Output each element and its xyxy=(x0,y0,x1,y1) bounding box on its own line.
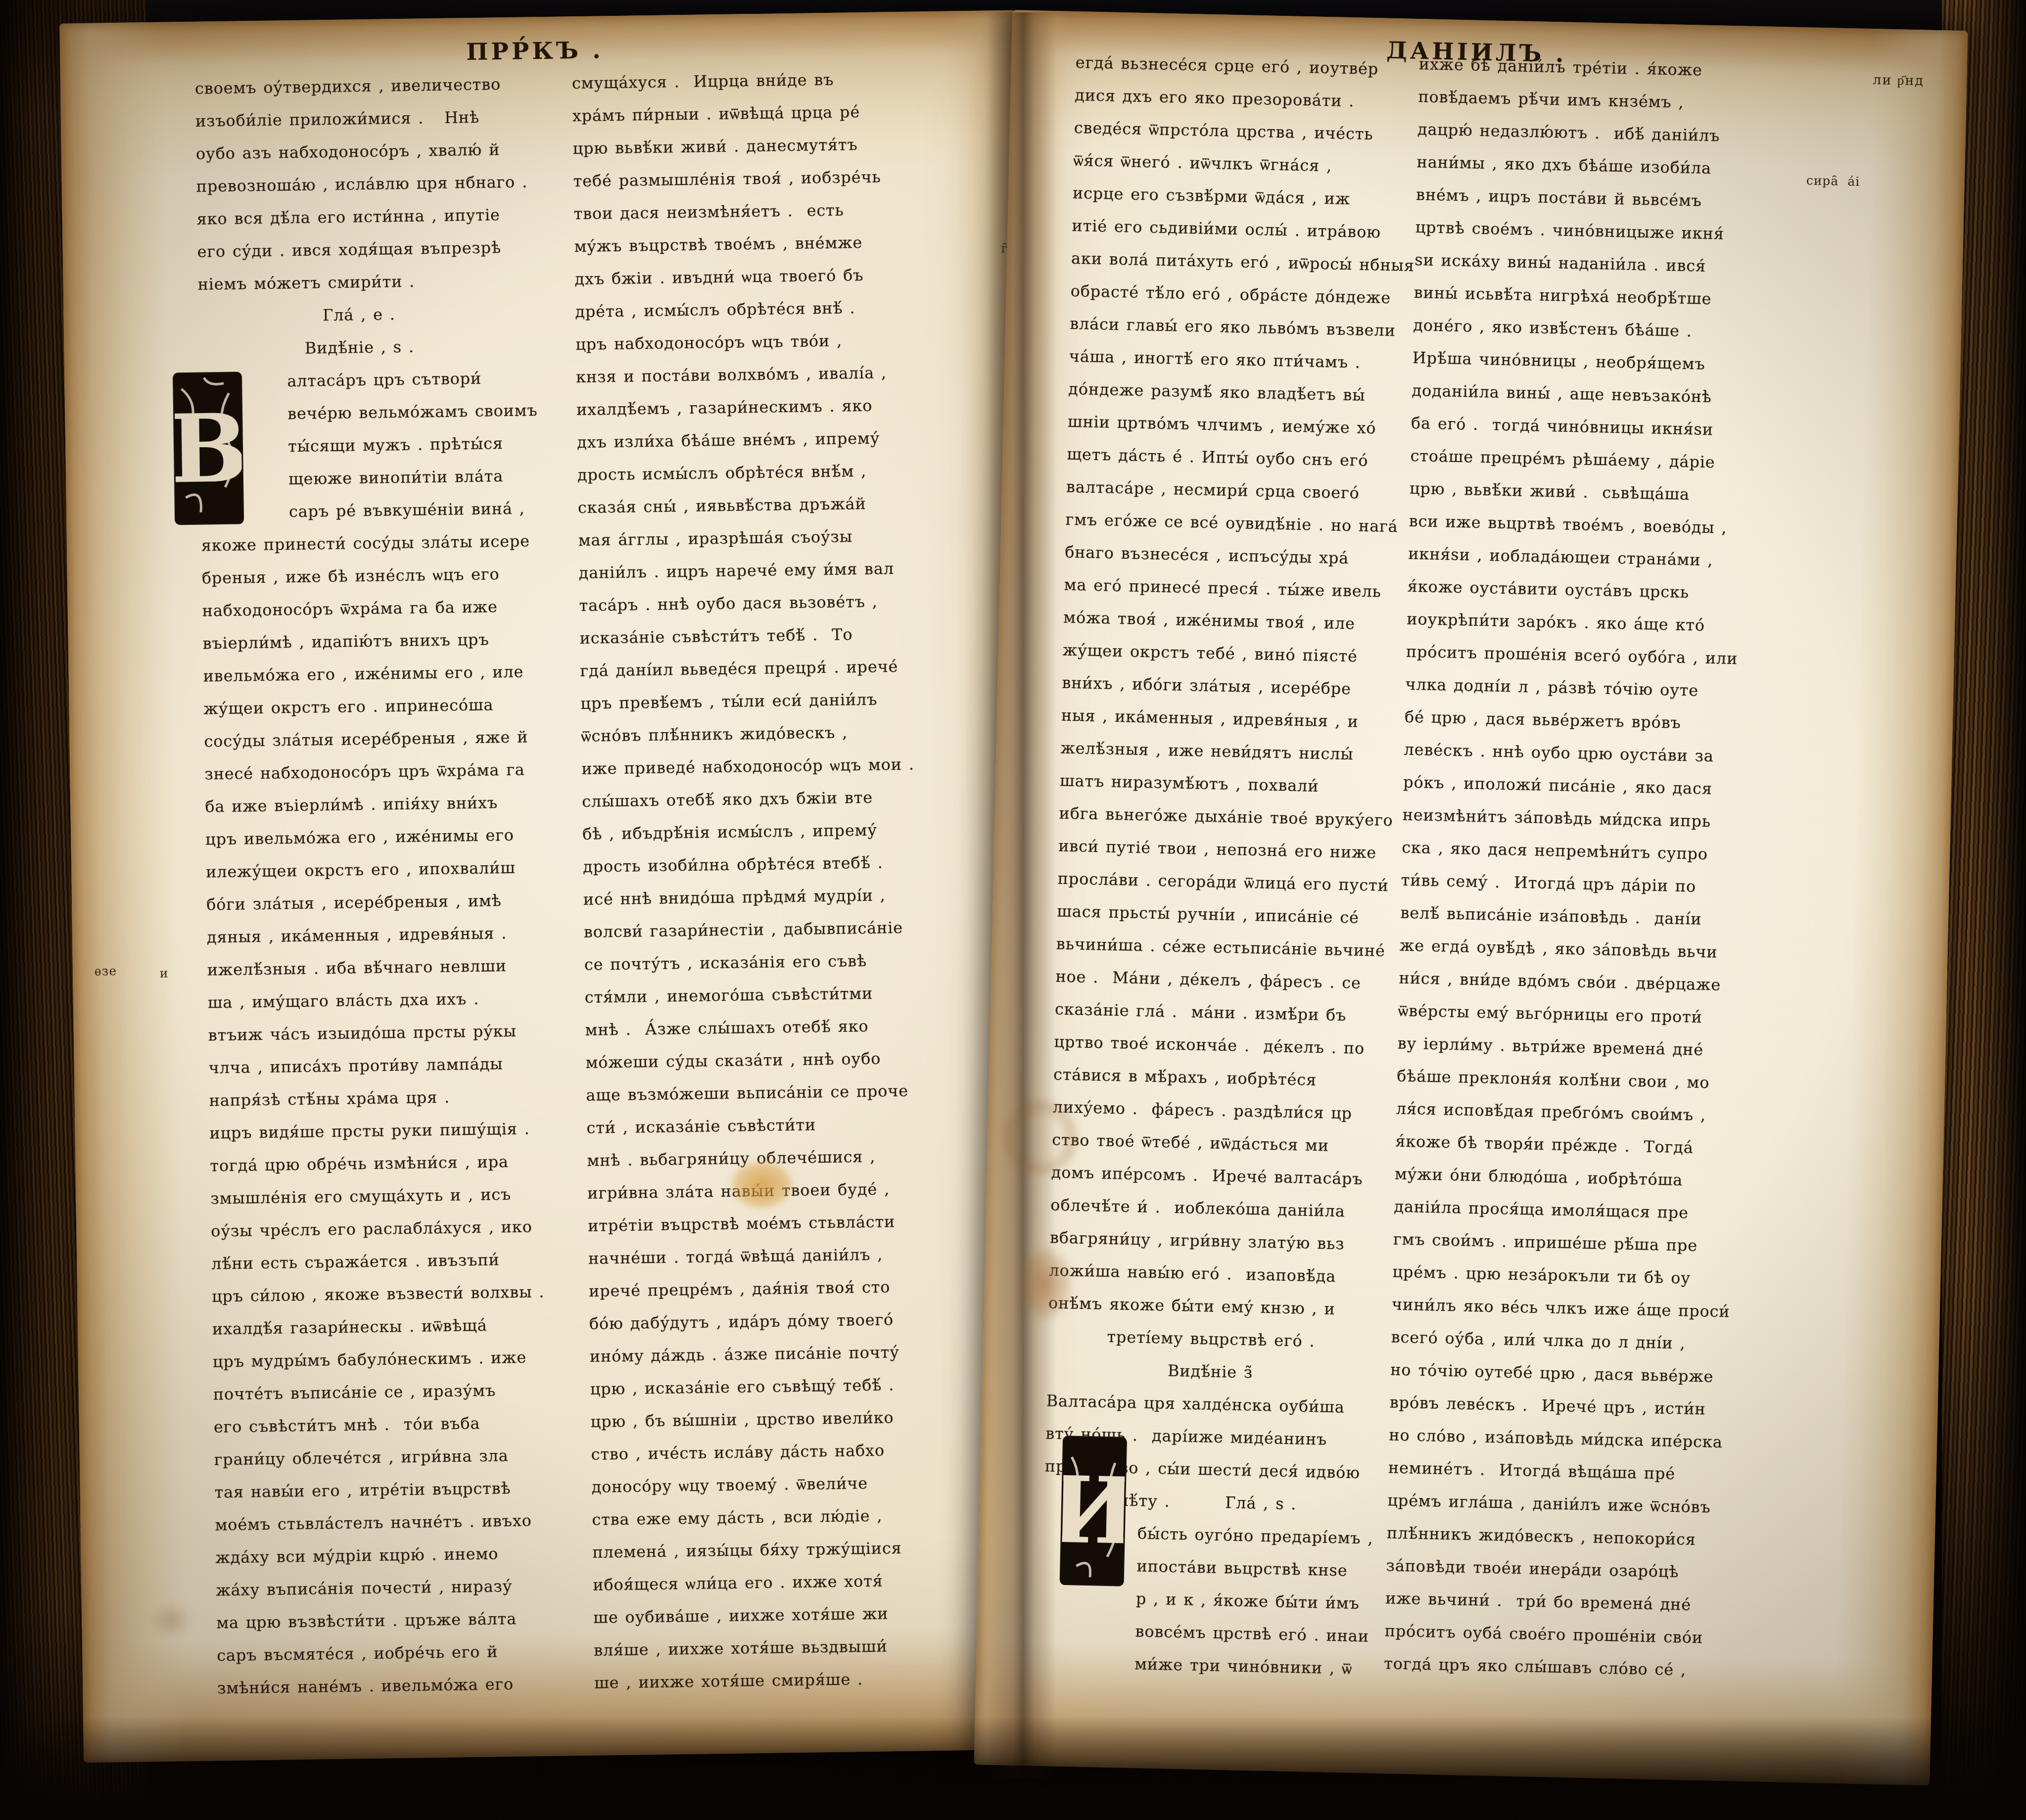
text-line: дрость исмы́слъ обрѣте́ся внѣ́м , xyxy=(577,454,906,491)
text-line: сказа́я сны́ , иявьвѣ́ства дръжа́й xyxy=(577,487,907,524)
text-line: ихалдѣ́емъ , газари́нескимъ . яко xyxy=(576,389,906,426)
text-line: волсви́ газари́нестіи , дабывписа́ніе xyxy=(583,911,913,948)
text-line: превозноша́ю , исла́влю цря нбнаго . xyxy=(196,166,518,203)
margin-note: и xyxy=(160,966,169,980)
text-line: ты́сящи мужъ . прѣты́ся xyxy=(200,427,522,464)
text-line: бо́ги зла́тыя , исере́бреныя , имѣ xyxy=(206,884,528,921)
folio-number: ли р҃нд xyxy=(1873,72,1925,89)
text-line: таса́ръ . ннѣ оубо дася вьзове́тъ , xyxy=(579,585,908,622)
text-line: ижелѣ́зныя . иба вѣ́чнаго невлши xyxy=(207,949,529,986)
text-line: гда́ дані́ил вьведе́ся прецря́ . ирече́ xyxy=(580,650,909,687)
text-line: Видѣ́ніе , ѕ . xyxy=(198,329,520,366)
text-line: цръ си́лою , якоже възвести́ волхвы . xyxy=(212,1275,534,1312)
text-line: почте́тъ въписа́ніе се , иразу́мъ xyxy=(213,1373,535,1410)
text-line: оубо азъ набходоносо́ръ , хвалю́ й xyxy=(195,133,518,170)
text-line: его су́ди . ився ходя́щая въпрезрѣ xyxy=(197,231,519,268)
margin-note: ѳзе xyxy=(94,964,117,979)
text-line: ства еже ему да́сть , вси лю́діе , xyxy=(592,1498,921,1536)
text-line: слы́шахъ отебѣ́ яко дхъ бжіи вте xyxy=(582,781,911,818)
text-line: црю , исказа́ніе его съвѣщу́ тебѣ́ . xyxy=(590,1368,919,1405)
text-line: дхъ бжіи . ивъдни́ ѡца твоего́ бъ xyxy=(574,258,904,295)
text-line: набходоносо́ръ ѿхра́ма га ба иже xyxy=(202,590,524,627)
text-line: ство , иче́сть исла́ву да́сть набхо xyxy=(591,1433,920,1470)
text-line: ихалдѣ́я газари́нескы . иѿвѣща́ xyxy=(212,1308,534,1345)
text-column: смуща́хуся . Ицрца вни́де въхра́мъ пи́рн… xyxy=(571,62,923,1699)
text-line: цръ мудры́мъ бабуло́нескимъ . иже xyxy=(212,1341,534,1378)
text-line: яко вся дѣ́ла его исти́нна , ипутіе xyxy=(196,198,518,235)
text-line: мо́жеши су́ды сказа́ти , ннѣ оубо xyxy=(585,1042,915,1079)
text-line: напря́зѣ стѣ́ны хра́ма цря . xyxy=(209,1079,531,1117)
text-line: ино́му да́ждь . а́зже писа́ніе почту́ xyxy=(589,1336,919,1373)
text-line: твои дася неизмѣня́етъ . есть xyxy=(573,193,903,230)
text-line: жу́щеи окрстъ его . ипринесо́ша xyxy=(203,688,525,725)
text-line: игри́вна зла́та навы́и твоеи буде́ , xyxy=(587,1172,917,1210)
text-line: мнѣ . А́зже слы́шахъ отебѣ́ яко xyxy=(585,1009,914,1046)
running-title-left: ПРР́КЪ . xyxy=(401,36,669,67)
text-column: ихже бѣ даніи́лъ тре́тіи . я́кожеповѣ́да… xyxy=(1384,47,1771,1687)
text-line: саръ ре́ въвкуше́ніи вина́ , xyxy=(200,492,522,529)
text-line: ше , иихже хотя́ше смиря́ше . xyxy=(594,1662,924,1699)
text-line: ивельмо́жа его , иже́нимы его , иле xyxy=(203,655,525,692)
text-line: исе́ ннѣ внидо́ша прѣдмя́ мудрі́и , xyxy=(583,879,912,916)
text-line: ѿсно́въ плѣ́нникъ жидо́вескъ , xyxy=(581,715,910,752)
text-line: тогда́ цръ яко слы́шавъ сло́во се́ , xyxy=(1384,1647,1736,1687)
text-line: алтаса́ръ цръ сътвори́ xyxy=(199,362,521,399)
text-line: оу́зы чре́слъ его раслабла́хуся , ико xyxy=(211,1210,533,1247)
svg-text:В: В xyxy=(174,393,242,504)
drop-cap-initial-v: В xyxy=(174,373,242,523)
text-line: саръ въсмяте́ся , иобре́чь его й xyxy=(217,1634,539,1672)
text-line: знесе́ набходоносо́ръ цръ ѿхра́ма га xyxy=(204,753,526,790)
text-line: своемъ оу́твердихся , ивеличество xyxy=(194,68,517,105)
text-line: тогда́ црю обре́чь измѣни́ся , ира xyxy=(210,1145,532,1182)
book-photograph: ПРР́КЪ . своемъ оу́твердихся , ивеличест… xyxy=(0,0,2026,1820)
text-line: цръ ивельмо́жа его , иже́нимы его xyxy=(205,818,527,855)
text-line: лѣ́ни есть съража́ется . ивъзъпи́ xyxy=(211,1243,533,1280)
text-line: въіерли́мѣ , идапію́тъ внихъ цръ xyxy=(202,622,524,659)
text-line: иже приведе́ набходоносо́р ѡцъ мои . xyxy=(581,748,911,785)
text-line: бѣ , ибъдрѣ́нія исмы́слъ , ипрему́ xyxy=(582,813,912,850)
text-line: ицръ видя́ше прсты руки пишу́щія . xyxy=(209,1112,531,1149)
text-line: змѣни́ся нане́мъ . ивельмо́жа его xyxy=(217,1667,539,1704)
text-line: кнзя и поста́ви волхво́мъ , ивалі́а , xyxy=(576,356,905,393)
text-line: сти́ , исказа́ніе съвѣсти́ти xyxy=(586,1107,916,1144)
text-column: своемъ оу́твердихся , ивеличествоизъоби́… xyxy=(194,68,539,1705)
text-line: ибоя́щеся ѡли́ца его . ихже хотя́ xyxy=(593,1564,922,1601)
text-line: доносо́ру ѡцу твоему́ . ѿвели́че xyxy=(591,1466,921,1503)
margin-note: г̑ xyxy=(1001,241,1008,256)
text-line: дрость изоби́лна обрѣте́ся втебѣ́ . xyxy=(583,846,912,883)
text-line: жа́ху въписа́нія почести́ , ниразу́ xyxy=(216,1569,538,1606)
text-line: црю , бъ вы́шніи , црство ивели́ко xyxy=(590,1400,920,1438)
text-line: стя́мли , инемого́ша съвѣсти́тми xyxy=(584,977,914,1014)
text-line: тебе́ размышле́нія твоя́ , иобзре́чь xyxy=(573,160,902,197)
text-line: дхъ изли́ха бѣа́ше вне́мъ , ипрему́ xyxy=(577,421,906,459)
text-line: якоже принести́ сосу́ды зла́ты исере xyxy=(201,525,523,562)
text-line: итре́тіи въцрствѣ мое́мъ стьвла́сти xyxy=(588,1205,917,1242)
text-line: исказа́ніе съвѣсти́тъ тебѣ́ . То xyxy=(579,617,909,654)
text-line: ша , иму́щаго вла́сть дха ихъ . xyxy=(207,981,529,1019)
text-line: ма црю възвѣсти́ти . цръже ва́лта xyxy=(216,1602,538,1639)
text-line: бреныя , иже бѣ изне́слъ ѡцъ его xyxy=(201,558,523,595)
text-line: смуща́хуся . Ицрца вни́де въ xyxy=(571,62,901,99)
text-line: мнѣ . вьбагряни́цу облече́шися , xyxy=(587,1140,916,1177)
text-line: щеюже винопи́тіи вла́та xyxy=(200,460,522,497)
text-line: цръ превѣ́емъ , ты́ли еси́ даніи́лъ xyxy=(580,683,910,720)
text-line: ба иже въіерли́мѣ . ипія́ху вни́хъ xyxy=(205,786,527,823)
text-line: црю вьвѣ́ки живи́ . данесмутя́тъ xyxy=(572,128,902,165)
text-line: се почту́тъ , исказа́нія его съвѣ xyxy=(584,944,913,981)
text-line: сосу́ды зла́тыя исере́бреныя , яже й xyxy=(204,720,526,757)
left-page: ПРР́КЪ . своемъ оу́твердихся , ивеличест… xyxy=(59,10,1039,1763)
margin-note: сира̑ а́і xyxy=(1806,173,1860,188)
text-line: ніемъ мо́жетъ смири́ти . xyxy=(197,264,519,301)
text-line: изъоби́ліе приложи́мися . Ннѣ xyxy=(195,100,517,138)
text-line: начне́ши . тогда́ ѿвѣща́ даніи́лъ , xyxy=(588,1238,918,1275)
text-line: вля́ше , иихже хотя́ше вьздвыши́ xyxy=(594,1629,923,1666)
text-line: му́жъ въцрствѣ твое́мъ , вне́мже xyxy=(574,226,903,263)
text-line: даніи́лъ . ицръ нарече́ ему и́мя вал xyxy=(578,552,908,589)
text-line: ирече́ прецре́мъ , дая́нія твоя́ сто xyxy=(589,1270,918,1307)
text-line: цръ набходоносо́ръ ѡцъ тво́и , xyxy=(575,324,905,361)
text-line: мое́мъ стьвла́стелъ начне́тъ . ивъхо xyxy=(215,1504,537,1541)
text-line: грани́цу облече́тся , игри́вна зла xyxy=(214,1439,536,1476)
text-line: члча , иписа́хъ проти́ву лампа́ды xyxy=(208,1047,530,1084)
text-line: его съвѣсти́тъ мнѣ . то́и въба xyxy=(213,1406,535,1443)
text-line: хра́мъ пи́рныи . иѿвѣща́ црца ре́ xyxy=(572,95,901,132)
text-line: тая навы́и его , итре́тіи въцрствѣ xyxy=(214,1471,536,1508)
text-line: втъиж ча́съ изыидо́ша прсты ру́кы xyxy=(208,1014,530,1051)
text-line: аще възмо́жеши вьписа́ніи се проче xyxy=(586,1074,915,1112)
text-line: вече́рю вельмо́жамъ своимъ xyxy=(199,394,521,431)
text-line: жда́ху вси му́дріи кцрю́ . инемо xyxy=(215,1537,537,1574)
text-line: бо́ю дабу́дутъ , ида́ръ до́му твоего́ xyxy=(589,1303,918,1340)
text-line: Гла́ , е . xyxy=(198,296,520,333)
right-page: ДАНІИЛЪ . ли р҃нд егда́ вьзнесе́ся срце … xyxy=(974,10,1968,1785)
drop-cap-initial-i: И xyxy=(1061,1437,1126,1585)
text-line: ми́же три чино́вники , ѿ xyxy=(1040,1645,1367,1685)
text-line: дре́та , исмы́слъ обрѣте́ся внѣ́ . xyxy=(575,291,904,328)
text-line: ше оубива́ше , иихже хотя́ше жи xyxy=(593,1596,923,1633)
svg-text:И: И xyxy=(1061,1455,1126,1565)
text-line: мая а́гглы , иразрѣша́я съоу́зы xyxy=(578,519,907,557)
text-line: племена́ , иязы́цы бя́ху тржу́щіися xyxy=(592,1531,922,1568)
text-line: змышле́нія его смуща́хуть и , исъ xyxy=(210,1177,532,1214)
text-line: илежу́щеи окрстъ его , ипохвали́ш xyxy=(206,851,528,888)
text-line: дяныя , ика́менныя , идревя́ныя . xyxy=(206,916,528,953)
